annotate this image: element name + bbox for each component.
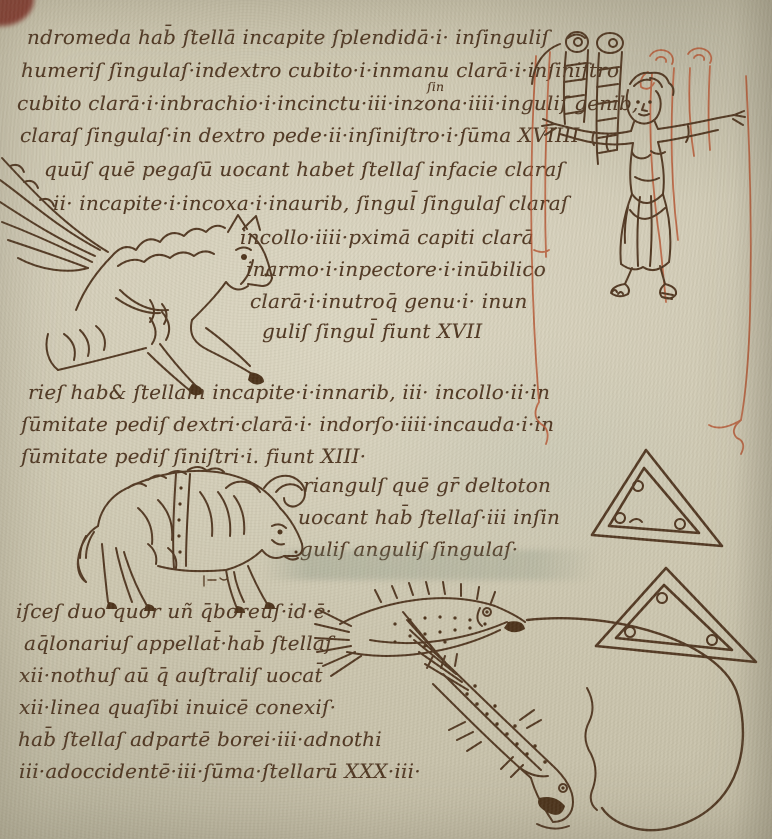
binding-corner-stain: [0, 0, 34, 26]
pisces-text-line: xii·nothuſ aū q̄ auſtraliſ uocat̄: [19, 663, 323, 687]
andromeda-text-line: ndromeda hab̄ ſtellā incapite ſplendidā·…: [27, 25, 549, 49]
two-fishes-drawing: [315, 572, 772, 839]
pegasus-text-line: inarmo·i·inpectore·i·inūbilico: [246, 257, 546, 281]
pegasus-text-line: clarā·i·inutroq̄ genu·i· inun: [250, 289, 528, 313]
manuscript-page: ndromeda hab̄ ſtellā incapite ſplendidā·…: [0, 0, 772, 839]
pisces-text-line: xii·linea quaſibi inuicē conexiſ·: [19, 695, 336, 719]
pegasus-text-line: guliſ ſingul̄ fiunt XVII: [262, 319, 482, 343]
aries-text-line: ſūmitate pediſ dextri·clarā·i· indorſo·i…: [21, 412, 554, 436]
triangulum-text-line: uocant hab̄ ſtellaſ·iii inſin: [298, 505, 560, 529]
aries-ram-drawing: [28, 448, 328, 615]
pisces-text-line: aq̄lonariuſ appellat̄·hab̄ ſtellaſ: [24, 631, 333, 655]
interlinear-gloss: ſin: [427, 79, 444, 94]
pegasus-winged-horse-drawing: [0, 138, 285, 390]
triangulum-text-line: riangulſ quē gr̄ deltoton: [303, 473, 551, 497]
andromeda-figure-drawing: [520, 12, 772, 460]
